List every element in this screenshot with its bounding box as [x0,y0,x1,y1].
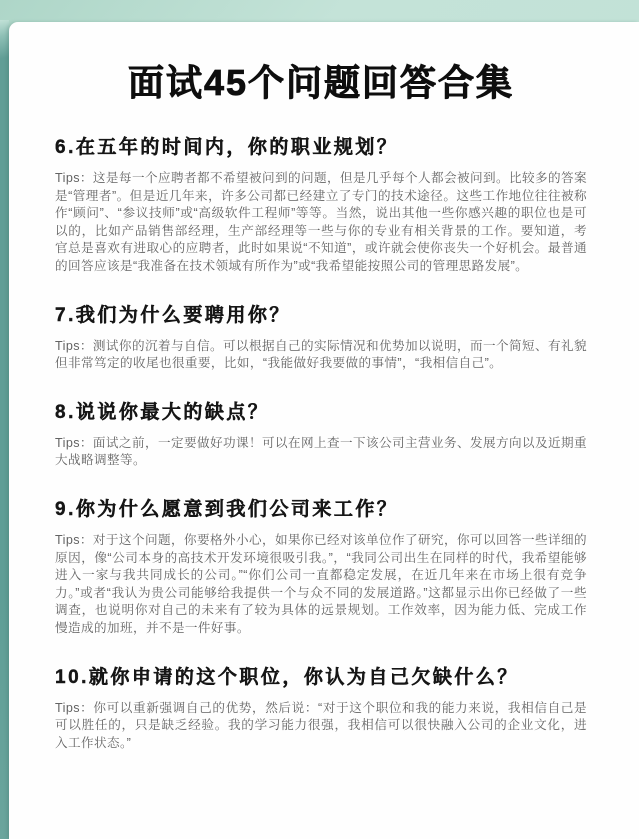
question-heading: 7.我们为什么要聘用你？ [55,303,587,328]
question-heading: 8.说说你最大的缺点？ [55,400,587,425]
tips-paragraph: Tips：这是每一个应聘者都不希望被问到的问题，但是几乎每个人都会被问到。比较多… [55,170,587,276]
qa-section-9: 9.你为什么愿意到我们公司来工作？ Tips：对于这个问题，你要格外小心，如果你… [55,497,587,638]
tips-paragraph: Tips：你可以重新强调自己的优势，然后说：“对于这个职位和我的能力来说，我相信… [55,700,587,753]
content-card: 面试45个问题回答合集 6.在五年的时间内，你的职业规划？ Tips：这是每一个… [9,22,639,839]
question-heading: 10.就你申请的这个职位，你认为自己欠缺什么？ [55,665,587,690]
tips-paragraph: Tips：测试你的沉着与自信。可以根据自己的实际情况和优势加以说明，而一个简短、… [55,338,587,373]
left-accent-strip [0,20,9,839]
question-heading: 9.你为什么愿意到我们公司来工作？ [55,497,587,522]
tips-paragraph: Tips：对于这个问题，你要格外小心，如果你已经对该单位作了研究，你可以回答一些… [55,532,587,638]
qa-section-7: 7.我们为什么要聘用你？ Tips：测试你的沉着与自信。可以根据自己的实际情况和… [55,303,587,373]
qa-section-6: 6.在五年的时间内，你的职业规划？ Tips：这是每一个应聘者都不希望被问到的问… [55,135,587,276]
question-heading: 6.在五年的时间内，你的职业规划？ [55,135,587,160]
qa-section-10: 10.就你申请的这个职位，你认为自己欠缺什么？ Tips：你可以重新强调自己的优… [55,665,587,753]
qa-section-8: 8.说说你最大的缺点？ Tips：面试之前，一定要做好功课！可以在网上查一下该公… [55,400,587,470]
tips-paragraph: Tips：面试之前，一定要做好功课！可以在网上查一下该公司主营业务、发展方向以及… [55,435,587,470]
page-title: 面试45个问题回答合集 [55,58,587,108]
